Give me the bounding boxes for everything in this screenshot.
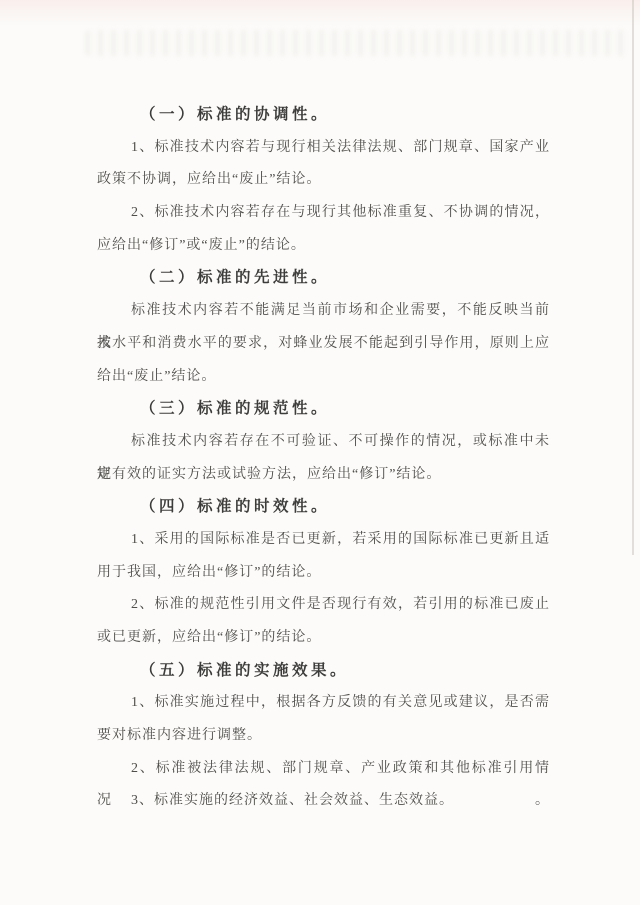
text-line: 1、采用的国际标准是否已更新，若采用的国际标准已更新且适: [97, 524, 550, 557]
text-line: 给出“废止”结论。: [97, 361, 550, 394]
text-line: 1、标准实施过程中，根据各方反馈的有关意见或建议，是否需: [97, 687, 550, 720]
text-line: 1、标准技术内容若与现行相关法律法规、部门规章、国家产业: [97, 132, 550, 165]
text-line: 用于我国，应给出“修订”的结论。: [97, 557, 550, 590]
text-line: 2、标准技术内容若存在与现行其他标准重复、不协调的情况，: [97, 197, 550, 230]
text-line: 2、标准被法律法规、部门规章、产业政策和其他标准引用情况。: [97, 753, 550, 786]
section-heading: （三）标准的规范性。: [97, 393, 550, 426]
text-line: 政策不协调，应给出“废止”结论。: [97, 164, 550, 197]
text-line: 或已更新，应给出“修订”的结论。: [97, 622, 550, 655]
text-line: 应给出“修订”或“废止”的结论。: [97, 230, 550, 263]
text-line: 2、标准的规范性引用文件是否现行有效，若引用的标准已废止: [97, 589, 550, 622]
scanned-document-page: （一）标准的协调性。1、标准技术内容若与现行相关法律法规、部门规章、国家产业政策…: [0, 0, 640, 905]
text-line: 术水平和消费水平的要求，对蜂业发展不能起到引导作用，原则上应: [97, 328, 550, 361]
text-line: 标准技术内容若存在不可验证、不可操作的情况，或标准中未规: [97, 426, 550, 459]
document-body: （一）标准的协调性。1、标准技术内容若与现行相关法律法规、部门规章、国家产业政策…: [97, 99, 550, 818]
text-line: 要对标准内容进行调整。: [97, 720, 550, 753]
section-heading: （五）标准的实施效果。: [97, 655, 550, 688]
scan-artifact-smudge-band: [85, 30, 630, 56]
text-line: 标准技术内容若不能满足当前市场和企业需要，不能反映当前技: [97, 295, 550, 328]
scan-artifact-top-tint: [0, 0, 640, 26]
section-heading: （二）标准的先进性。: [97, 262, 550, 295]
section-heading: （四）标准的时效性。: [97, 491, 550, 524]
section-heading: （一）标准的协调性。: [97, 99, 550, 132]
scan-artifact-edge-line: [632, 0, 634, 555]
text-line: 定有效的证实方法或试验方法，应给出“修订”结论。: [97, 459, 550, 492]
